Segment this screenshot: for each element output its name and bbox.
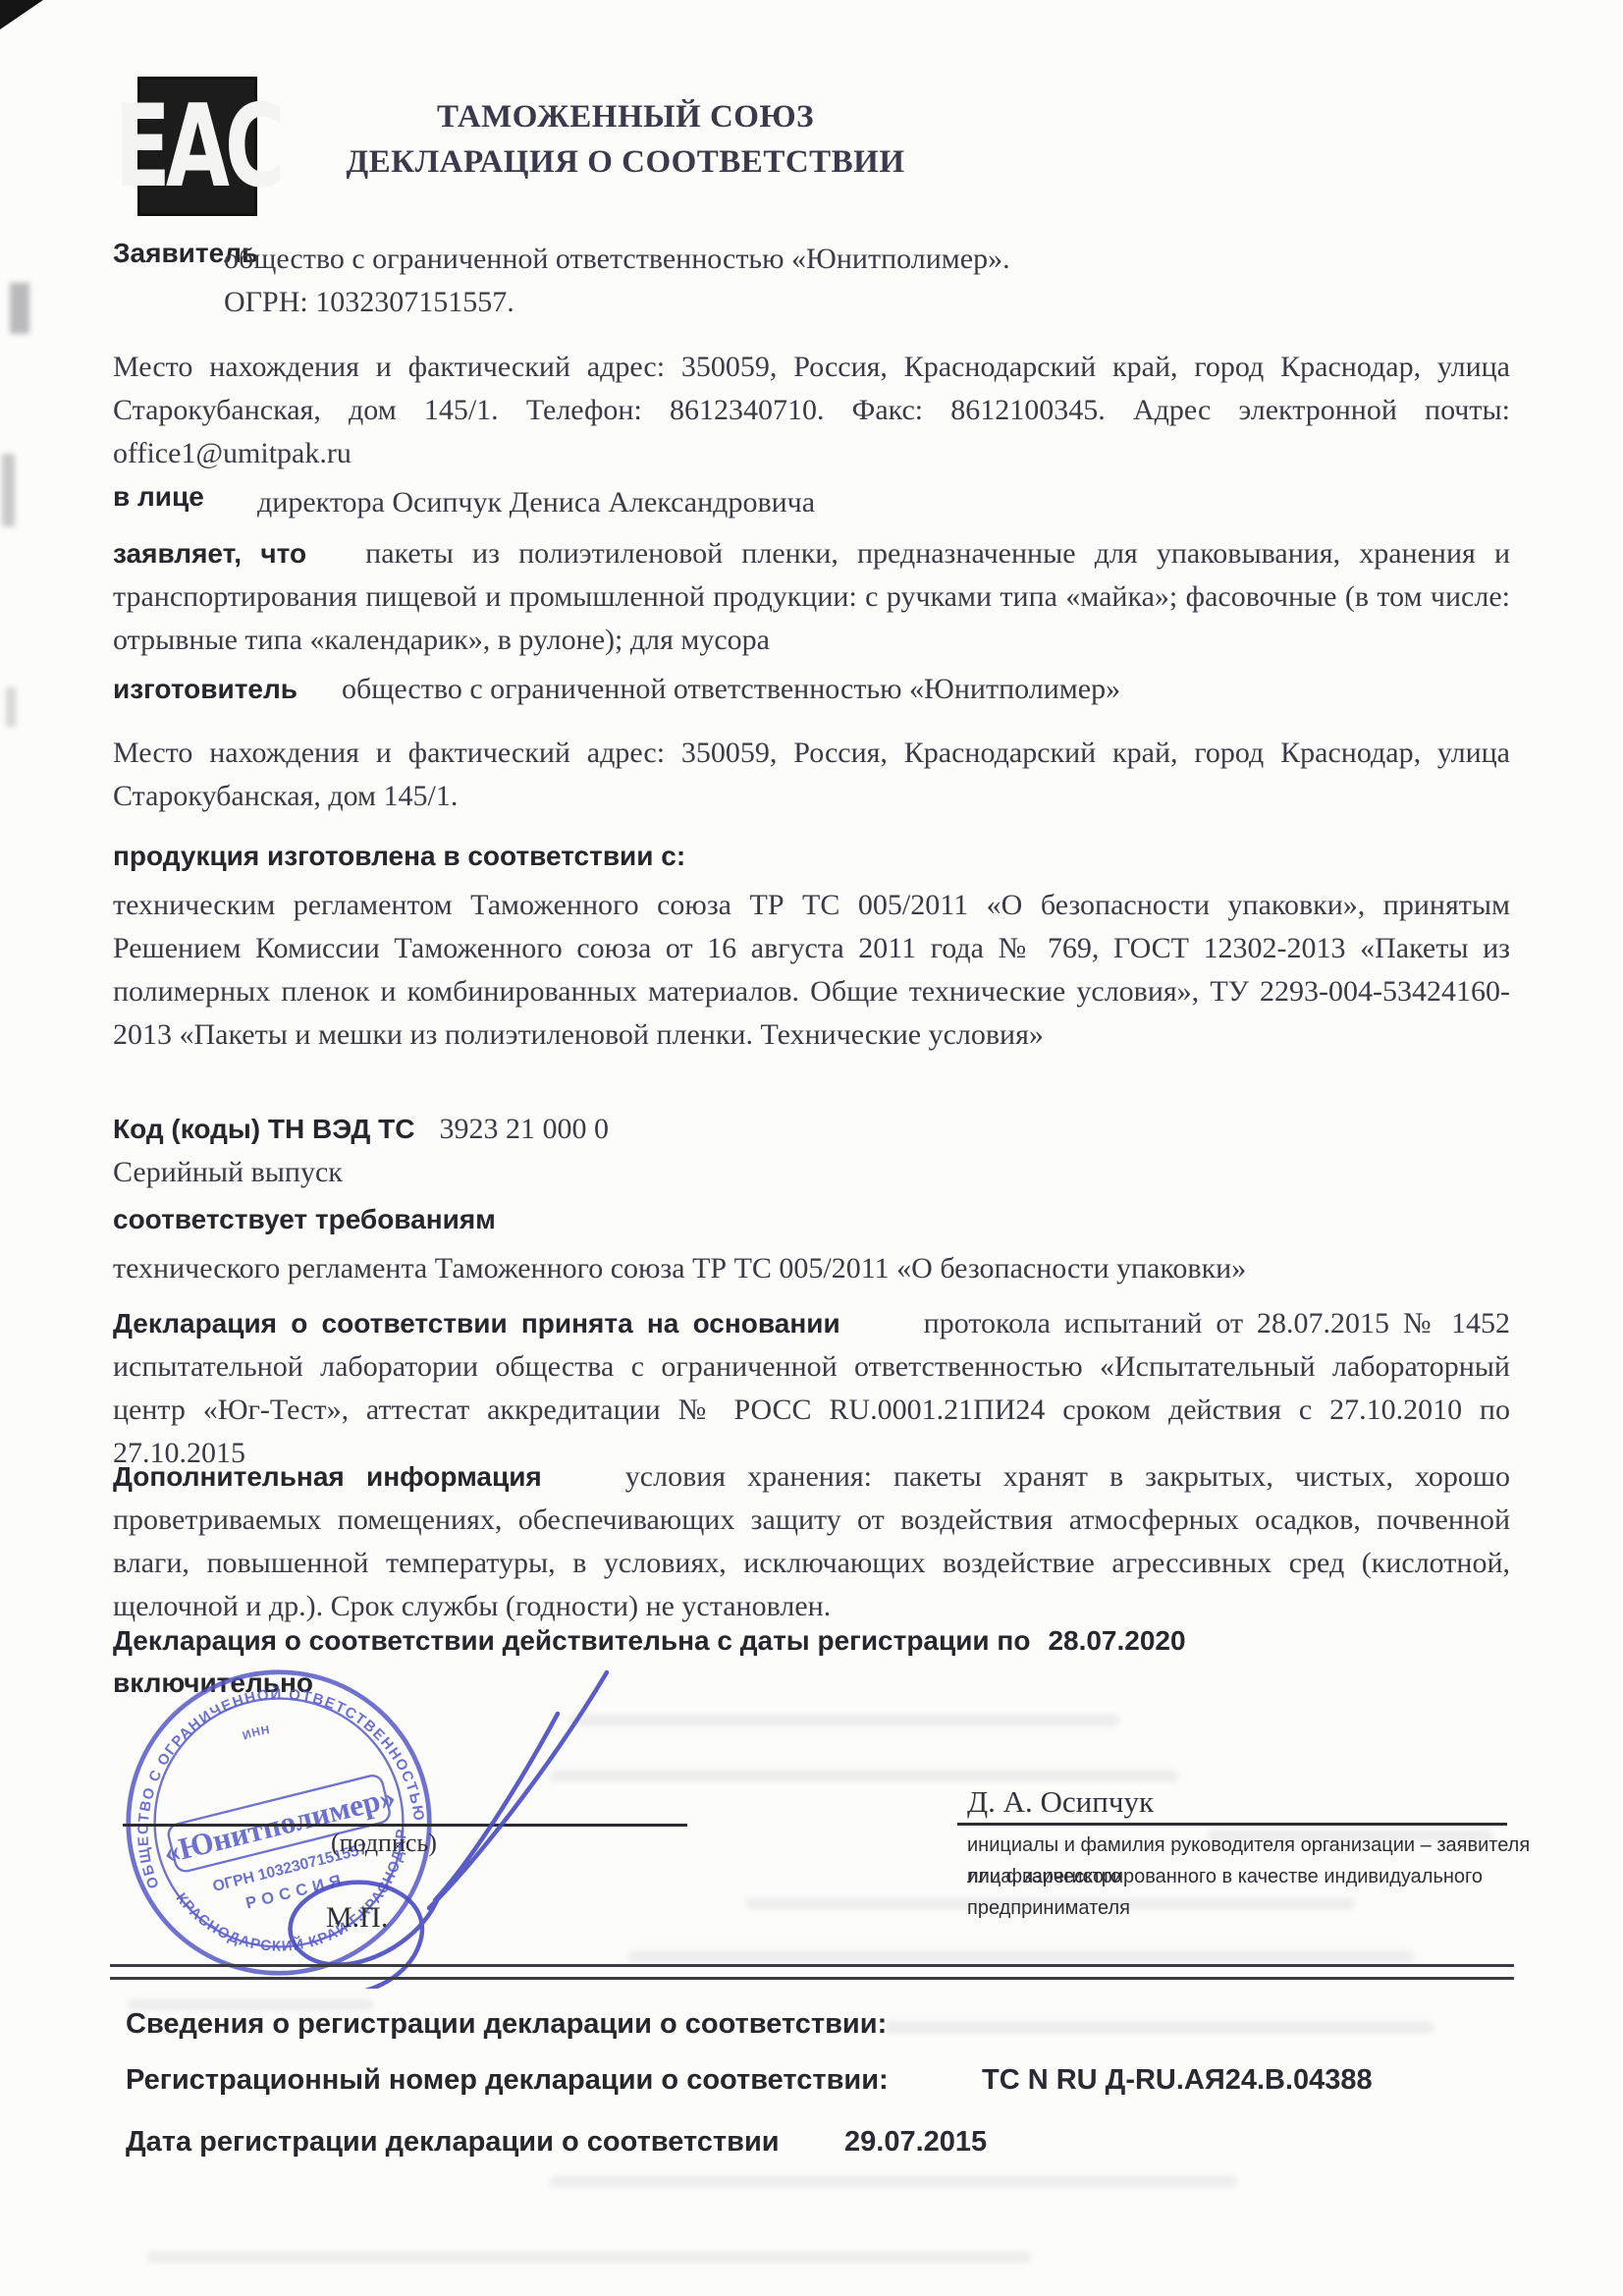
complies-text: технического регламента Таможенного союз… [113,1247,1510,1290]
made-in-accordance-label: продукция изготовлена в соответствии с: [113,841,1510,872]
complies-label: соответствует требованиям [113,1204,1510,1235]
code-section: Код (коды) ТН ВЭД ТС3923 21 000 0 [113,1108,1510,1151]
registration-date-label: Дата регистрации декларации о соответств… [126,2126,780,2159]
scan-artifact [6,687,16,727]
in-person-text: директора Осипчук Дениса Александровича [257,481,815,524]
manufacturer-label: изготовитель [113,674,342,704]
code-value: 3923 21 000 0 [439,1113,609,1145]
title-line2: ДЕКЛАРАЦИЯ О СООТВЕТСТВИИ [0,139,1251,185]
title-line1: ТАМОЖЕННЫЙ СОЮЗ [0,94,1251,139]
registration-section-title: Сведения о регистрации декларации о соот… [126,2008,887,2041]
basis-label: Декларация о соответствии принята на осн… [113,1308,924,1339]
in-person-section: в лице директора Осипчук Дениса Александ… [113,481,1510,524]
applicant-ogrn: ОГРН: 1032307151557. [224,286,514,318]
divider-line [110,1977,1514,1980]
scan-artifact [884,2021,1434,2034]
manufacturer-address: Место нахождения и фактический адрес: 35… [113,732,1510,818]
registration-number-value: ТС N RU Д-RU.АЯ24.В.04388 [982,2064,1373,2097]
validity-date: 28.07.2020 [1034,1625,1185,1656]
document-title: ТАМОЖЕННЫЙ СОЮЗ ДЕКЛАРАЦИЯ О СООТВЕТСТВИ… [0,94,1251,185]
basis-section: Декларация о соответствии принята на осн… [113,1286,1510,1475]
signatory-caption-line2: лица, зарегистрированного в качестве инд… [967,1861,1537,1924]
signatory-name-line [957,1823,1507,1826]
additional-label: Дополнительная информация [113,1461,625,1492]
handwritten-signature [245,1625,697,1989]
signatory-name: Д. А. Осипчук [967,1784,1154,1820]
declares-label: заявляет, что [113,538,365,569]
document-page: ЕАС ТАМОЖЕННЫЙ СОЮЗ ДЕКЛАРАЦИЯ О СООТВЕТ… [0,0,1623,2296]
declares-section: заявляет, чтопакеты из полиэтиленовой пл… [113,532,1510,662]
applicant-label: Заявитель [113,238,224,269]
scan-artifact [2,454,15,526]
divider-line [110,1964,1514,1967]
registration-number-label: Регистрационный номер декларации о соотв… [126,2064,889,2097]
in-person-label: в лице [113,481,257,513]
scan-artifact [10,283,29,334]
code-label: Код (коды) ТН ВЭД ТС [113,1114,439,1144]
scan-artifact [628,1950,1414,1963]
applicant-value: общество с ограниченной ответственностью… [224,238,1510,324]
scan-artifact [0,0,43,29]
made-in-accordance-text: техническим регламентом Таможенного союз… [113,884,1510,1057]
applicant-name: общество с ограниченной ответственностью… [224,243,1010,275]
scan-artifact [550,2175,1237,2188]
manufacturer-section: изготовительобщество с ограниченной отве… [113,668,1510,711]
manufacturer-text: общество с ограниченной ответственностью… [342,673,1120,705]
applicant-section: Заявитель общество с ограниченной ответс… [113,238,1510,324]
scan-artifact [147,2251,1031,2264]
applicant-address: Место нахождения и фактический адрес: 35… [113,346,1510,475]
registration-date-value: 29.07.2015 [844,2126,987,2159]
serial-text: Серийный выпуск [113,1151,1510,1194]
additional-section: Дополнительная информацияусловия хранени… [113,1455,1510,1628]
